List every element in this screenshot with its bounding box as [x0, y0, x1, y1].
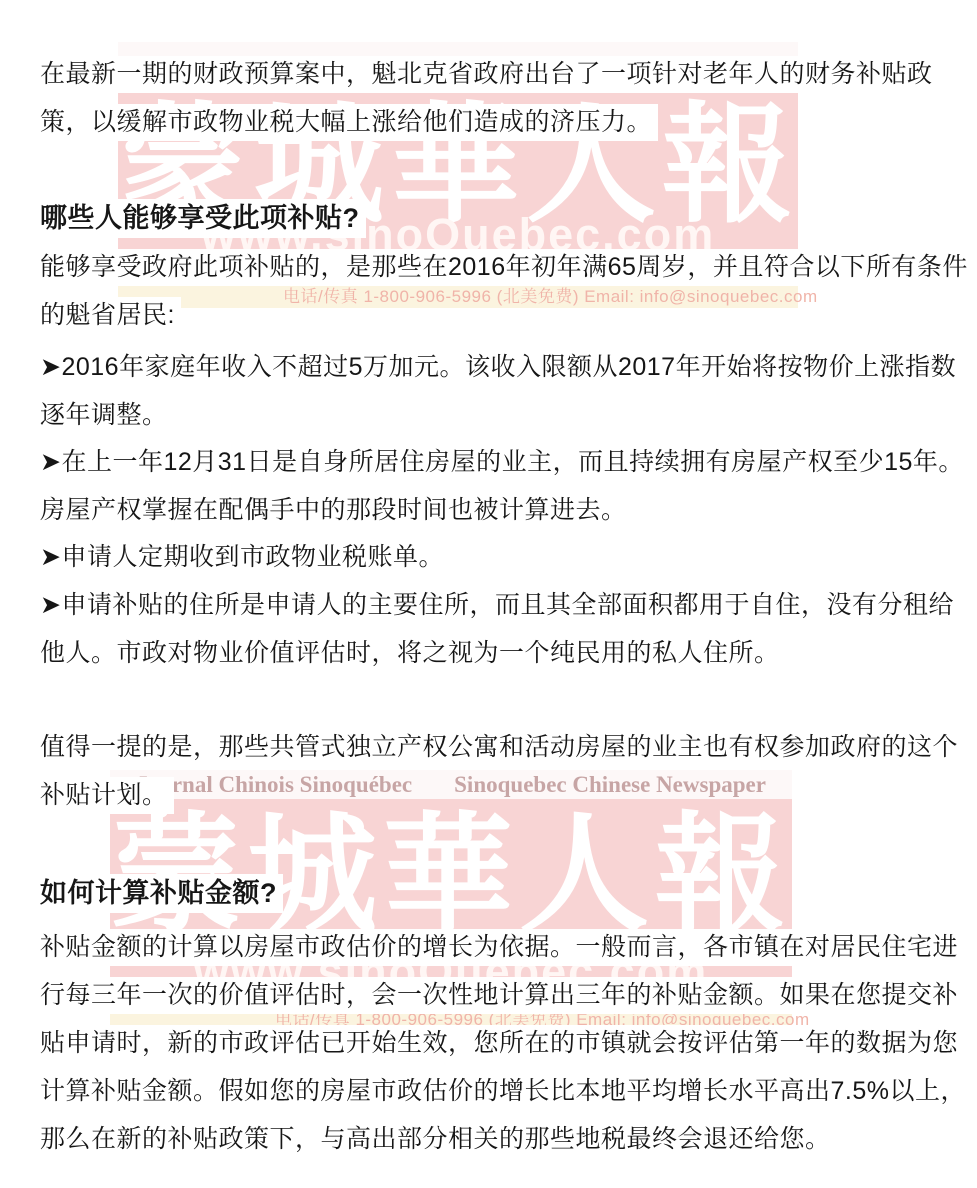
eligibility-lead-text: 能够享受政府此项补贴的，是那些在2016年初年满65周岁，并且符合以下所有条件的…: [38, 249, 974, 334]
eligibility-bullet-income: ➤2016年家庭年收入不超过5万加元。该收入限额从2017年开始将按物价上涨指数…: [38, 343, 977, 439]
article-page: Journal Chinois Sinoquébec Sinoquebec Ch…: [0, 0, 977, 1188]
calculation-heading-text: 如何计算补贴金额?: [38, 874, 283, 913]
eligibility-lead-paragraph: 能够享受政府此项补贴的，是那些在2016年初年满65周岁，并且符合以下所有条件的…: [38, 243, 977, 339]
bullet-text: ➤2016年家庭年收入不超过5万加元。该收入限额从2017年开始将按物价上涨指数…: [38, 349, 962, 434]
bullet-text: ➤在上一年12月31日是自身所居住房屋的业主，而且持续拥有房屋产权至少15年。房…: [38, 444, 970, 529]
eligibility-bullet-residence: ➤申请补贴的住所是申请人的主要住所，而且其全部面积都用于自住，没有分租给他人。市…: [38, 581, 977, 677]
calculation-text: 补贴金额的计算以房屋市政估价的增长为依据。一般而言，各市镇在对居民住宅进行每三年…: [38, 929, 972, 1158]
intro-text: 在最新一期的财政预算案中，魁北克省政府出台了一项针对老年人的财务补贴政策，以缓解…: [38, 56, 939, 141]
calculation-paragraph: 补贴金额的计算以房屋市政估价的增长为依据。一般而言，各市镇在对居民住宅进行每三年…: [38, 923, 977, 1163]
bullet-text: ➤申请补贴的住所是申请人的主要住所，而且其全部面积都用于自住，没有分租给他人。市…: [38, 587, 960, 672]
condo-note-paragraph: 值得一提的是，那些共管式独立产权公寓和活动房屋的业主也有权参加政府的这个补贴计划…: [38, 723, 977, 819]
condo-note-text: 值得一提的是，那些共管式独立产权公寓和活动房屋的业主也有权参加政府的这个补贴计划…: [38, 729, 964, 814]
eligibility-heading: 哪些人能够享受此项补贴?: [38, 200, 977, 236]
eligibility-bullet-ownership: ➤在上一年12月31日是自身所居住房屋的业主，而且持续拥有房屋产权至少15年。房…: [38, 438, 977, 534]
calculation-heading: 如何计算补贴金额?: [38, 875, 977, 911]
bullet-text: ➤申请人定期收到市政物业税账单。: [38, 539, 450, 576]
eligibility-heading-text: 哪些人能够享受此项补贴?: [38, 199, 366, 238]
eligibility-bullet-tax-bill: ➤申请人定期收到市政物业税账单。: [38, 533, 977, 581]
intro-paragraph: 在最新一期的财政预算案中，魁北克省政府出台了一项针对老年人的财务补贴政策，以缓解…: [38, 50, 977, 146]
